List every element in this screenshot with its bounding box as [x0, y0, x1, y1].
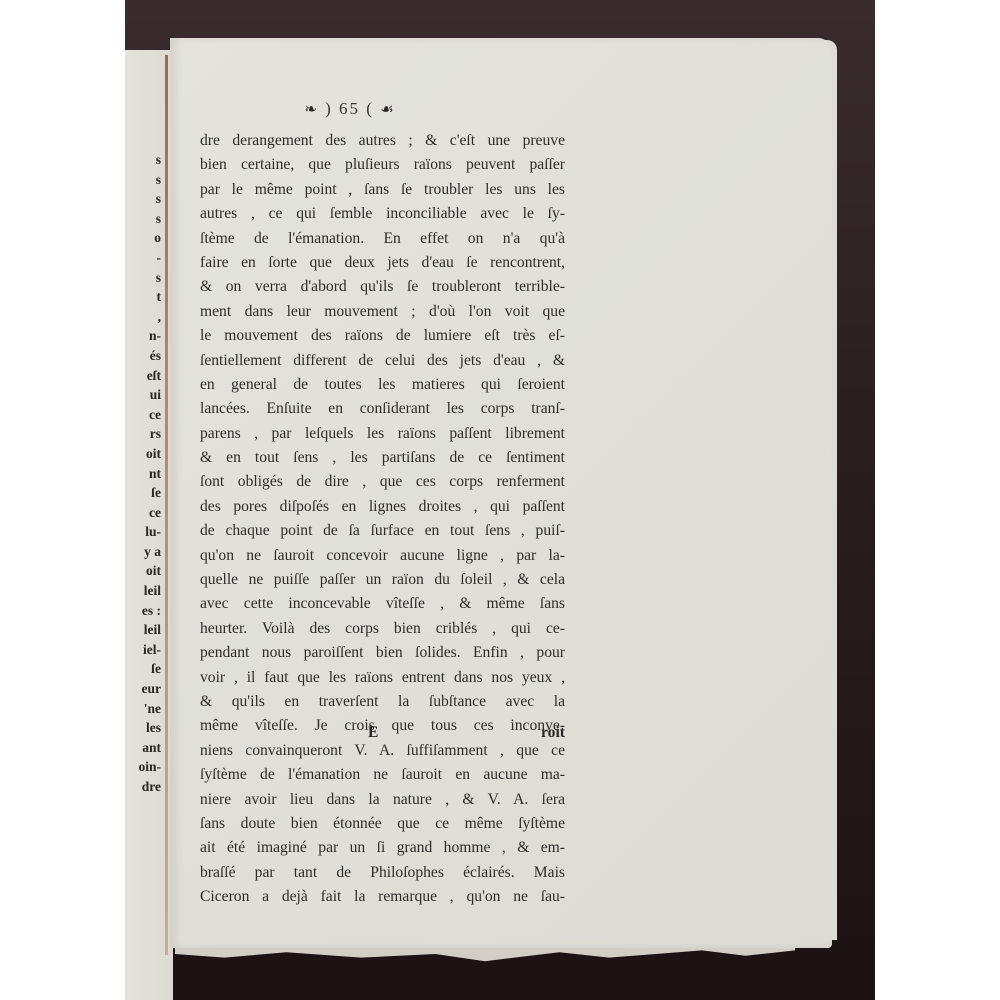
left-page-fragment: , [138, 307, 161, 327]
page-body-text: dre derangement des autres ; & c'eſt une… [200, 129, 565, 910]
text-line: heurter. Voilà des corps bien criblés , … [200, 617, 565, 641]
left-page-text-fragments: sssso-st,n-éseſtuicersoitntſecelu-y aoit… [138, 150, 161, 797]
left-page-fragment: és [138, 346, 161, 366]
left-page-fragment: leil [138, 620, 161, 640]
left-page-fragment: eur [138, 679, 161, 699]
text-line: Ciceron a dejà fait la remarque , qu'on … [200, 885, 565, 909]
left-page-fragment: leil [138, 581, 161, 601]
left-page-fragment: s [138, 170, 161, 190]
left-page-fragment: dre [138, 777, 161, 797]
text-line: ſont obligés de dire , que ces corps ren… [200, 470, 565, 494]
left-page-fragment: rs [138, 424, 161, 444]
left-page-fragment: iel- [138, 640, 161, 660]
text-line: & on verra d'abord qu'ils ſe troubleront… [200, 275, 565, 299]
text-line: ſentiellement different de celui des jet… [200, 349, 565, 373]
text-line: bien certaine, que pluſieurs raïons peuv… [200, 153, 565, 177]
left-page-fragment: t [138, 287, 161, 307]
ornament-left-icon: ❧ [304, 102, 319, 118]
text-line: dre derangement des autres ; & c'eſt une… [200, 129, 565, 153]
text-line: autres , ce qui ſemble inconciliable ave… [200, 202, 565, 226]
text-line: pendant nous paroiſſent bien ſolides. En… [200, 641, 565, 665]
text-line: ſans doute bien étonnée que ce même ſyſt… [200, 812, 565, 836]
text-line: braſſé par tant de Philoſophes éclairés.… [200, 861, 565, 885]
left-page-fragment: n- [138, 326, 161, 346]
left-page-fragment: y a [138, 542, 161, 562]
left-page-fragment: oin- [138, 757, 161, 777]
book-gutter [165, 55, 168, 955]
text-line: par le même point , ſans ſe troubler les… [200, 178, 565, 202]
text-line: parens , par leſquels les raïons paſſent… [200, 422, 565, 446]
left-page-fragment: - [138, 248, 161, 268]
text-line: le mouvement des raïons de lumiere eſt t… [200, 324, 565, 348]
text-line: ſyſtème de l'émanation ne ſauroit en auc… [200, 763, 565, 787]
text-line: en general de toutes les matieres qui ſe… [200, 373, 565, 397]
text-line: ſtème de l'émanation. En effet on n'a qu… [200, 227, 565, 251]
left-page-fragment: ui [138, 385, 161, 405]
left-page-fragment: 'ne [138, 699, 161, 719]
text-line: lancées. Enſuite en conſiderant les corp… [200, 397, 565, 421]
text-line: des pores diſpoſés en lignes droites , q… [200, 495, 565, 519]
signature-mark: E [368, 724, 378, 742]
left-page-fragment: s [138, 209, 161, 229]
left-page-fragment: oit [138, 561, 161, 581]
text-line: même vîteſſe. Je crois que tous ces inco… [200, 714, 565, 738]
left-page-fragment: les [138, 718, 161, 738]
text-line: ment dans leur mouvement ; d'où l'on voi… [200, 300, 565, 324]
text-line: avec cette inconcevable vîteſſe , & même… [200, 592, 565, 616]
left-page-fragment: s [138, 189, 161, 209]
page-header: ❧ ) 65 ( ☙ [170, 99, 530, 119]
text-line: & qu'ils en traverſent la ſubſtance avec… [200, 690, 565, 714]
left-page-fragment: lu- [138, 522, 161, 542]
ornament-right-icon: ☙ [380, 102, 395, 118]
text-line: voir , il faut que les raïons entrent da… [200, 666, 565, 690]
left-page-fragment: ſe [138, 659, 161, 679]
left-page-fragment: ce [138, 503, 161, 523]
left-page-fragment: oit [138, 444, 161, 464]
text-line: ait été imaginé par un ſi grand homme , … [200, 836, 565, 860]
left-page-fragment: eſt [138, 366, 161, 386]
left-page-fragment: o [138, 228, 161, 248]
text-line: & en tout ſens , les partiſans de ce ſen… [200, 446, 565, 470]
text-line: niens convainqueront V. A. ſuffiſamment … [200, 739, 565, 763]
left-page-fragment: ſe [138, 483, 161, 503]
text-line: qu'on ne ſauroit concevoir aucune ligne … [200, 544, 565, 568]
left-page-fragment: ant [138, 738, 161, 758]
left-page-fragment: nt [138, 464, 161, 484]
text-line: quelle ne puiſſe paſſer un raïon du ſole… [200, 568, 565, 592]
left-page-fragment: s [138, 268, 161, 288]
text-line: niere avoir lieu dans la nature , & V. A… [200, 788, 565, 812]
left-page-fragment: s [138, 150, 161, 170]
text-line: faire en ſorte que deux jets d'eau ſe re… [200, 251, 565, 275]
left-page-fragment: ce [138, 405, 161, 425]
page-number: ) 65 ( [325, 99, 374, 118]
right-page: ❧ ) 65 ( ☙ dre derangement des autres ; … [170, 38, 832, 948]
left-page-fragment: es : [138, 601, 161, 621]
catchword: roit [541, 724, 565, 742]
text-line: de chaque point de ſa ſurface en tout ſe… [200, 519, 565, 543]
book-photo: sssso-st,n-éseſtuicersoitntſecelu-y aoit… [125, 0, 875, 1000]
